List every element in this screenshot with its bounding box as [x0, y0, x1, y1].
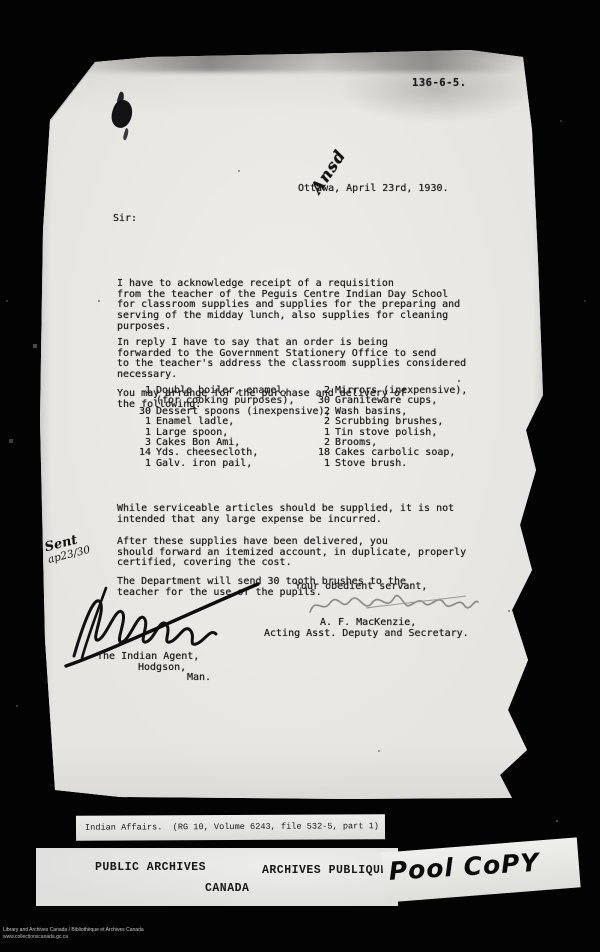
supplies-list-right-column: 2Mirrors (inexpensive), 30Graniteware cu…: [316, 386, 467, 469]
background-dust-specks: [0, 0, 2, 2]
supply-name: Yds. cheesecloth,: [156, 447, 258, 458]
ink-blot: [108, 98, 136, 131]
lac-footer-url: www.collectionscanada.gc.ca: [3, 934, 144, 941]
supply-item: 1Galv. iron pail,: [137, 459, 331, 469]
supply-name: (for cooking purposes),: [156, 395, 294, 406]
salutation: Sir:: [113, 213, 137, 224]
supply-name: Large spoon,: [156, 427, 228, 438]
file-number: 136-6-5.: [412, 77, 467, 89]
scan-smudge-right: [338, 58, 533, 122]
public-archives-stamp: PUBLIC ARCHIVES ARCHIVES PUBLIQUES CANAD…: [36, 848, 398, 906]
signer-title: Acting Asst. Deputy and Secretary.: [264, 628, 469, 639]
supply-quantity: 1: [316, 459, 330, 469]
archive-reference-text: Indian Affairs. (RG 10, Volume 6243, fil…: [85, 821, 379, 833]
supply-name: Scrubbing brushes,: [335, 416, 443, 427]
public-archives-canada: CANADA: [205, 882, 249, 895]
supply-name: Tin stove polish,: [335, 427, 437, 438]
pool-copy-handwriting: Pool CoPY: [388, 848, 540, 886]
paper-specks: [38, 50, 40, 52]
supply-quantity: 1: [137, 459, 151, 469]
supply-name: Cakes carbolic soap,: [335, 447, 455, 458]
pool-copy-label: Pool CoPY: [381, 837, 580, 902]
lac-footer: Library and Archives Canada / Bibliothèq…: [3, 927, 144, 940]
supply-name: Enamel ladle,: [156, 416, 234, 427]
dateline: Ottawa, April 23rd, 1930.: [298, 183, 449, 194]
signer-name: A. F. MacKenzie,: [320, 617, 416, 628]
public-archives-fr: ARCHIVES PUBLIQUES: [262, 864, 395, 877]
handwritten-sent-note: Sent ap23/30: [43, 531, 91, 567]
supplies-list-left-column: 1Double boiler, enamel, (for cooking pur…: [137, 386, 331, 469]
letter-page: 136-6-5. Ansd Ottawa, April 23rd, 1930. …: [38, 50, 548, 805]
supply-item: 1Stove brush.: [316, 459, 467, 469]
supply-quantity: 1: [137, 386, 151, 396]
recipient-line-agent: The Indian Agent,: [97, 651, 199, 662]
supply-name: Galv. iron pail,: [156, 458, 252, 469]
scan-area: 136-6-5. Ansd Ottawa, April 23rd, 1930. …: [0, 0, 600, 952]
recipient-line-province: Man.: [187, 672, 211, 683]
public-archives-en: PUBLIC ARCHIVES: [95, 861, 206, 874]
lac-footer-line1: Library and Archives Canada / Bibliothèq…: [3, 927, 144, 934]
recipient-line-town: Hodgson,: [138, 662, 186, 673]
archive-reference-label: Indian Affairs. (RG 10, Volume 6243, fil…: [76, 814, 385, 841]
supply-name: Graniteware cups,: [335, 395, 437, 406]
mackenzie-signature: [306, 586, 481, 620]
supply-name: Stove brush.: [335, 458, 407, 469]
